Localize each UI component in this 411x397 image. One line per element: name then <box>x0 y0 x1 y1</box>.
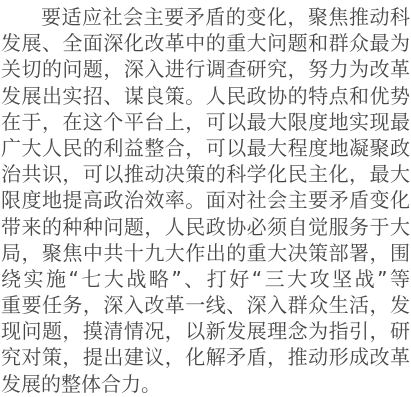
page: { "page": { "background_color": "#ffffff… <box>0 0 411 397</box>
paragraph-line: 要适应社会主要矛盾的变化，聚焦推动科学 <box>1 4 410 30</box>
paragraph-line: 限度地提高政治效率。面对社会主要矛盾变化 <box>1 187 410 213</box>
paragraph-line: 发展、全面深化改革中的重大问题和群众最为 <box>1 30 410 56</box>
paragraph-line: 发展的整体合力。 <box>1 371 410 397</box>
paragraph-line: 重要任务，深入改革一线、深入群众生活，发 <box>1 292 410 318</box>
paragraph-line: 发展出实招、谋良策。人民政协的特点和优势 <box>1 83 410 109</box>
paragraph-line: 在于，在这个平台上，可以最大限度地实现最 <box>1 109 410 135</box>
paragraph-line: 带来的种种问题，人民政协必须自觉服务于大 <box>1 214 410 240</box>
paragraph-line: 现问题，摸清情况，以新发展理念为指引，研 <box>1 318 410 344</box>
paragraph-line: 关切的问题，深入进行调查研究，努力为改革 <box>1 56 410 82</box>
paragraph: 要适应社会主要矛盾的变化，聚焦推动科学 发展、全面深化改革中的重大问题和群众最为… <box>1 4 410 397</box>
paragraph-line: 绕实施“七大战略”、打好“三大攻坚战”等 <box>1 266 410 292</box>
paragraph-line: 局，聚焦中共十九大作出的重大决策部署，围 <box>1 240 410 266</box>
paragraph-line: 广大人民的利益整合，可以最大程度地凝聚政 <box>1 135 410 161</box>
text-page: 要适应社会主要矛盾的变化，聚焦推动科学 发展、全面深化改革中的重大问题和群众最为… <box>0 0 411 397</box>
paragraph-line: 治共识，可以推动决策的科学化民主化，最大 <box>1 161 410 187</box>
paragraph-line: 究对策，提出建议，化解矛盾，推动形成改革 <box>1 344 410 370</box>
